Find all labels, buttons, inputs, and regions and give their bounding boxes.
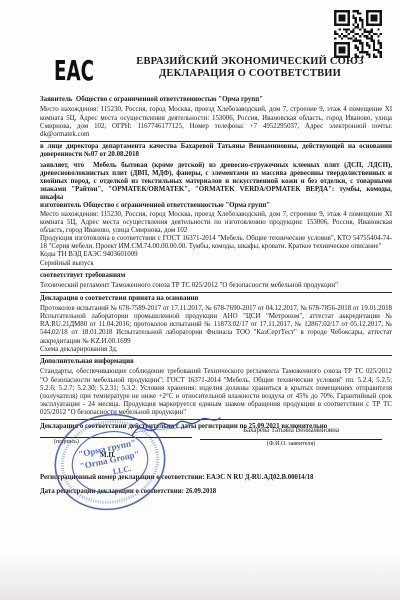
fio-line <box>200 439 382 440</box>
applicant-name: Общество с ограниченной ответственностью… <box>76 96 263 103</box>
eac-logo-text: ЕАС <box>54 54 94 86</box>
divider <box>40 292 392 293</box>
additional-info-text: Стандарты, обеспечивающие соблюдение тре… <box>40 368 392 417</box>
compliance-label: соответствует требованиям <box>40 272 392 280</box>
tnved-codes: Коды ТН ВЭД ЕАЭС 9403601009 <box>40 251 392 259</box>
applicant-fio: Бахарева Татьяна Вениаминовна <box>200 427 382 434</box>
serial-release: Серийный выпуск <box>40 260 392 268</box>
declaration-scheme: Схема декларирования 3д. <box>40 346 392 354</box>
manufacturer-label: изготовитель <box>40 202 81 209</box>
manufacture-standards: Продукция изготовлена в соответствии с Г… <box>40 235 392 251</box>
union-name: ЕВРАЗИЙСКИЙ ЭКОНОМИЧЕСКИЙ СОЮЗ <box>106 56 394 68</box>
eac-logo-icon: ЕАС <box>54 52 94 86</box>
doc-type: ДЕКЛАРАЦИЯ О СООТВЕТСТВИИ <box>106 68 394 80</box>
declaration-document: ЕАС ЕВРАЗИЙСКИЙ ЭКОНОМИЧЕСКИЙ СОЮЗ ДЕКЛА… <box>0 0 400 600</box>
product-description: Мебель бытовая (кроме детской) из древес… <box>40 162 392 202</box>
applicant-address: Место нахождения: 115230, Россия, город … <box>40 106 392 139</box>
technical-regulation: Технический регламент Таможенного союза … <box>40 282 392 290</box>
manufacturer-address: Место нахождения: 115230, Россия, город … <box>40 211 392 235</box>
registration-date: 26.09.2018 <box>186 488 217 495</box>
manufacturer-line: изготовитель Общество с ограниченной отв… <box>40 202 392 210</box>
declares-label: заявляет, что <box>40 162 84 169</box>
fio-caption: (Ф.И.О. заявителя) <box>200 441 382 447</box>
applicant-label: Заявитель <box>40 96 72 103</box>
test-protocols: Протоколов испытаний № 678-7589-2017 от … <box>40 305 392 346</box>
document-title: ЕВРАЗИЙСКИЙ ЭКОНОМИЧЕСКИЙ СОЮЗ ДЕКЛАРАЦИ… <box>106 56 394 80</box>
applicant-representative: в лице директора департамента качества Б… <box>40 143 392 159</box>
divider <box>40 269 392 270</box>
product-declaration: заявляет, что Мебель бытовая (кроме детс… <box>40 162 392 203</box>
divider <box>40 141 392 142</box>
document-body: Заявитель Общество с ограниченной ответс… <box>40 96 392 431</box>
additional-info-label: Дополнительная информация <box>40 358 392 366</box>
basis-label: Декларация о соответствии принята на осн… <box>40 295 392 303</box>
applicant-line: Заявитель Общество с ограниченной ответс… <box>40 96 392 104</box>
divider <box>40 355 392 356</box>
qr-code-icon <box>334 10 382 58</box>
stamp-llc: LLC. <box>112 464 132 477</box>
manufacturer-name: Общество с ограниченной ответственностью… <box>83 202 270 209</box>
